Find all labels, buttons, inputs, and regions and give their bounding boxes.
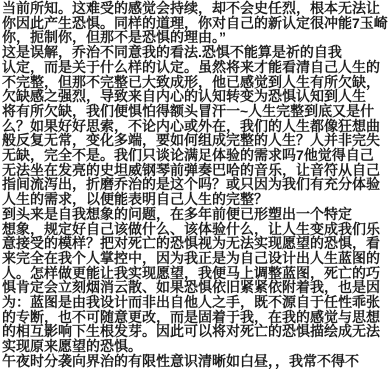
text-line: 欠缺感之强烈，导致来自内心的认知转变为恐惧认知到人生 xyxy=(2,89,388,104)
text-line: 的相互影响下生根发芽。因此可以将对死亡的恐惧描绘成无法 xyxy=(2,324,388,339)
text-line: 不完整，但那不完整已大致成形，他已感觉到人生有所欠缺， xyxy=(2,75,388,90)
text-line: 为：蓝图是由我设计而非出自他人之手，既不源自于任性乖张 xyxy=(2,295,388,310)
text-line: 么？如果好好思索，不论内心或外在，我们的人生都像狂想曲 xyxy=(2,119,388,134)
text-line: 这是误解，乔治不同意我的看法.恐惧不能算是祈的自我 xyxy=(2,45,388,60)
text-line: 指间流泻出，折磨乔治的是这个吗？或只因为我们有充分体验 xyxy=(2,177,388,192)
text-line: 无法坐在发亮的史坦威钢琴前弹奏巴哈的音乐，让音符从自己 xyxy=(2,163,388,178)
text-line: 无缺，完全不是。我们只谈论满足体验的需求吗7他觉得自己 xyxy=(2,148,388,163)
text-line: 到头来是自我想象的问题，在多年前便已形塑出一个特定 xyxy=(2,207,388,222)
document-page: 当前所知。这难受的感觉会持续，却不会史任烈，根本无法让 你因此产生恐惧。同样的道… xyxy=(0,0,389,369)
text-line: 你因此产生恐惧。同样的道理，你对自己的新认定很冲能7玉崎 xyxy=(2,16,388,31)
text-line: 意接受的模样？把对死亡的恐惧视为无法实现愿望的恐惧，看 xyxy=(2,236,388,251)
text-line: 的专断，也不可随意更改，而是固着于我，在我的感觉与思想 xyxy=(2,310,388,325)
text-line: 当前所知。这难受的感觉会持续，却不会史任烈，根本无法让 xyxy=(2,1,388,16)
text-line: 想象，规定好自己该做什么、该体验什么，让人生变成我们乐 xyxy=(2,222,388,237)
text-line: 人生的需求，以便能表明自己人生的完整？ xyxy=(2,192,388,207)
text-line: 人。怎样做更能让我实现愿望，我便马上调整蓝图，死亡的巧 xyxy=(2,266,388,281)
text-line: 般反复无常，变化多端，要如何组成完整的人生？人并非完失 xyxy=(2,133,388,148)
text-line: 惧肯定会立刻烟消云散、如果恐惧依旧紧紧依附着我，也是因 xyxy=(2,280,388,295)
text-line: 认定，而是关于什么样的认定。虽然将来才能看清自己人生的 xyxy=(2,60,388,75)
text-line: 将有所欠缺，我们便惧怕得额头冒汗一~人生完整到底又是什 xyxy=(2,104,388,119)
text-line: 你，扼制你，但那不是恐惧的理由。” xyxy=(2,30,388,45)
text-line: 午夜时分袭向界治的有限性意识清晰如白昼，，我常不得不 xyxy=(2,354,388,369)
text-line: 来完全在我个人掌控中，因为我正是为自己设计出人生蓝图的 xyxy=(2,251,388,266)
text-line: 实现原来愿望的恐惧。 xyxy=(2,339,388,354)
